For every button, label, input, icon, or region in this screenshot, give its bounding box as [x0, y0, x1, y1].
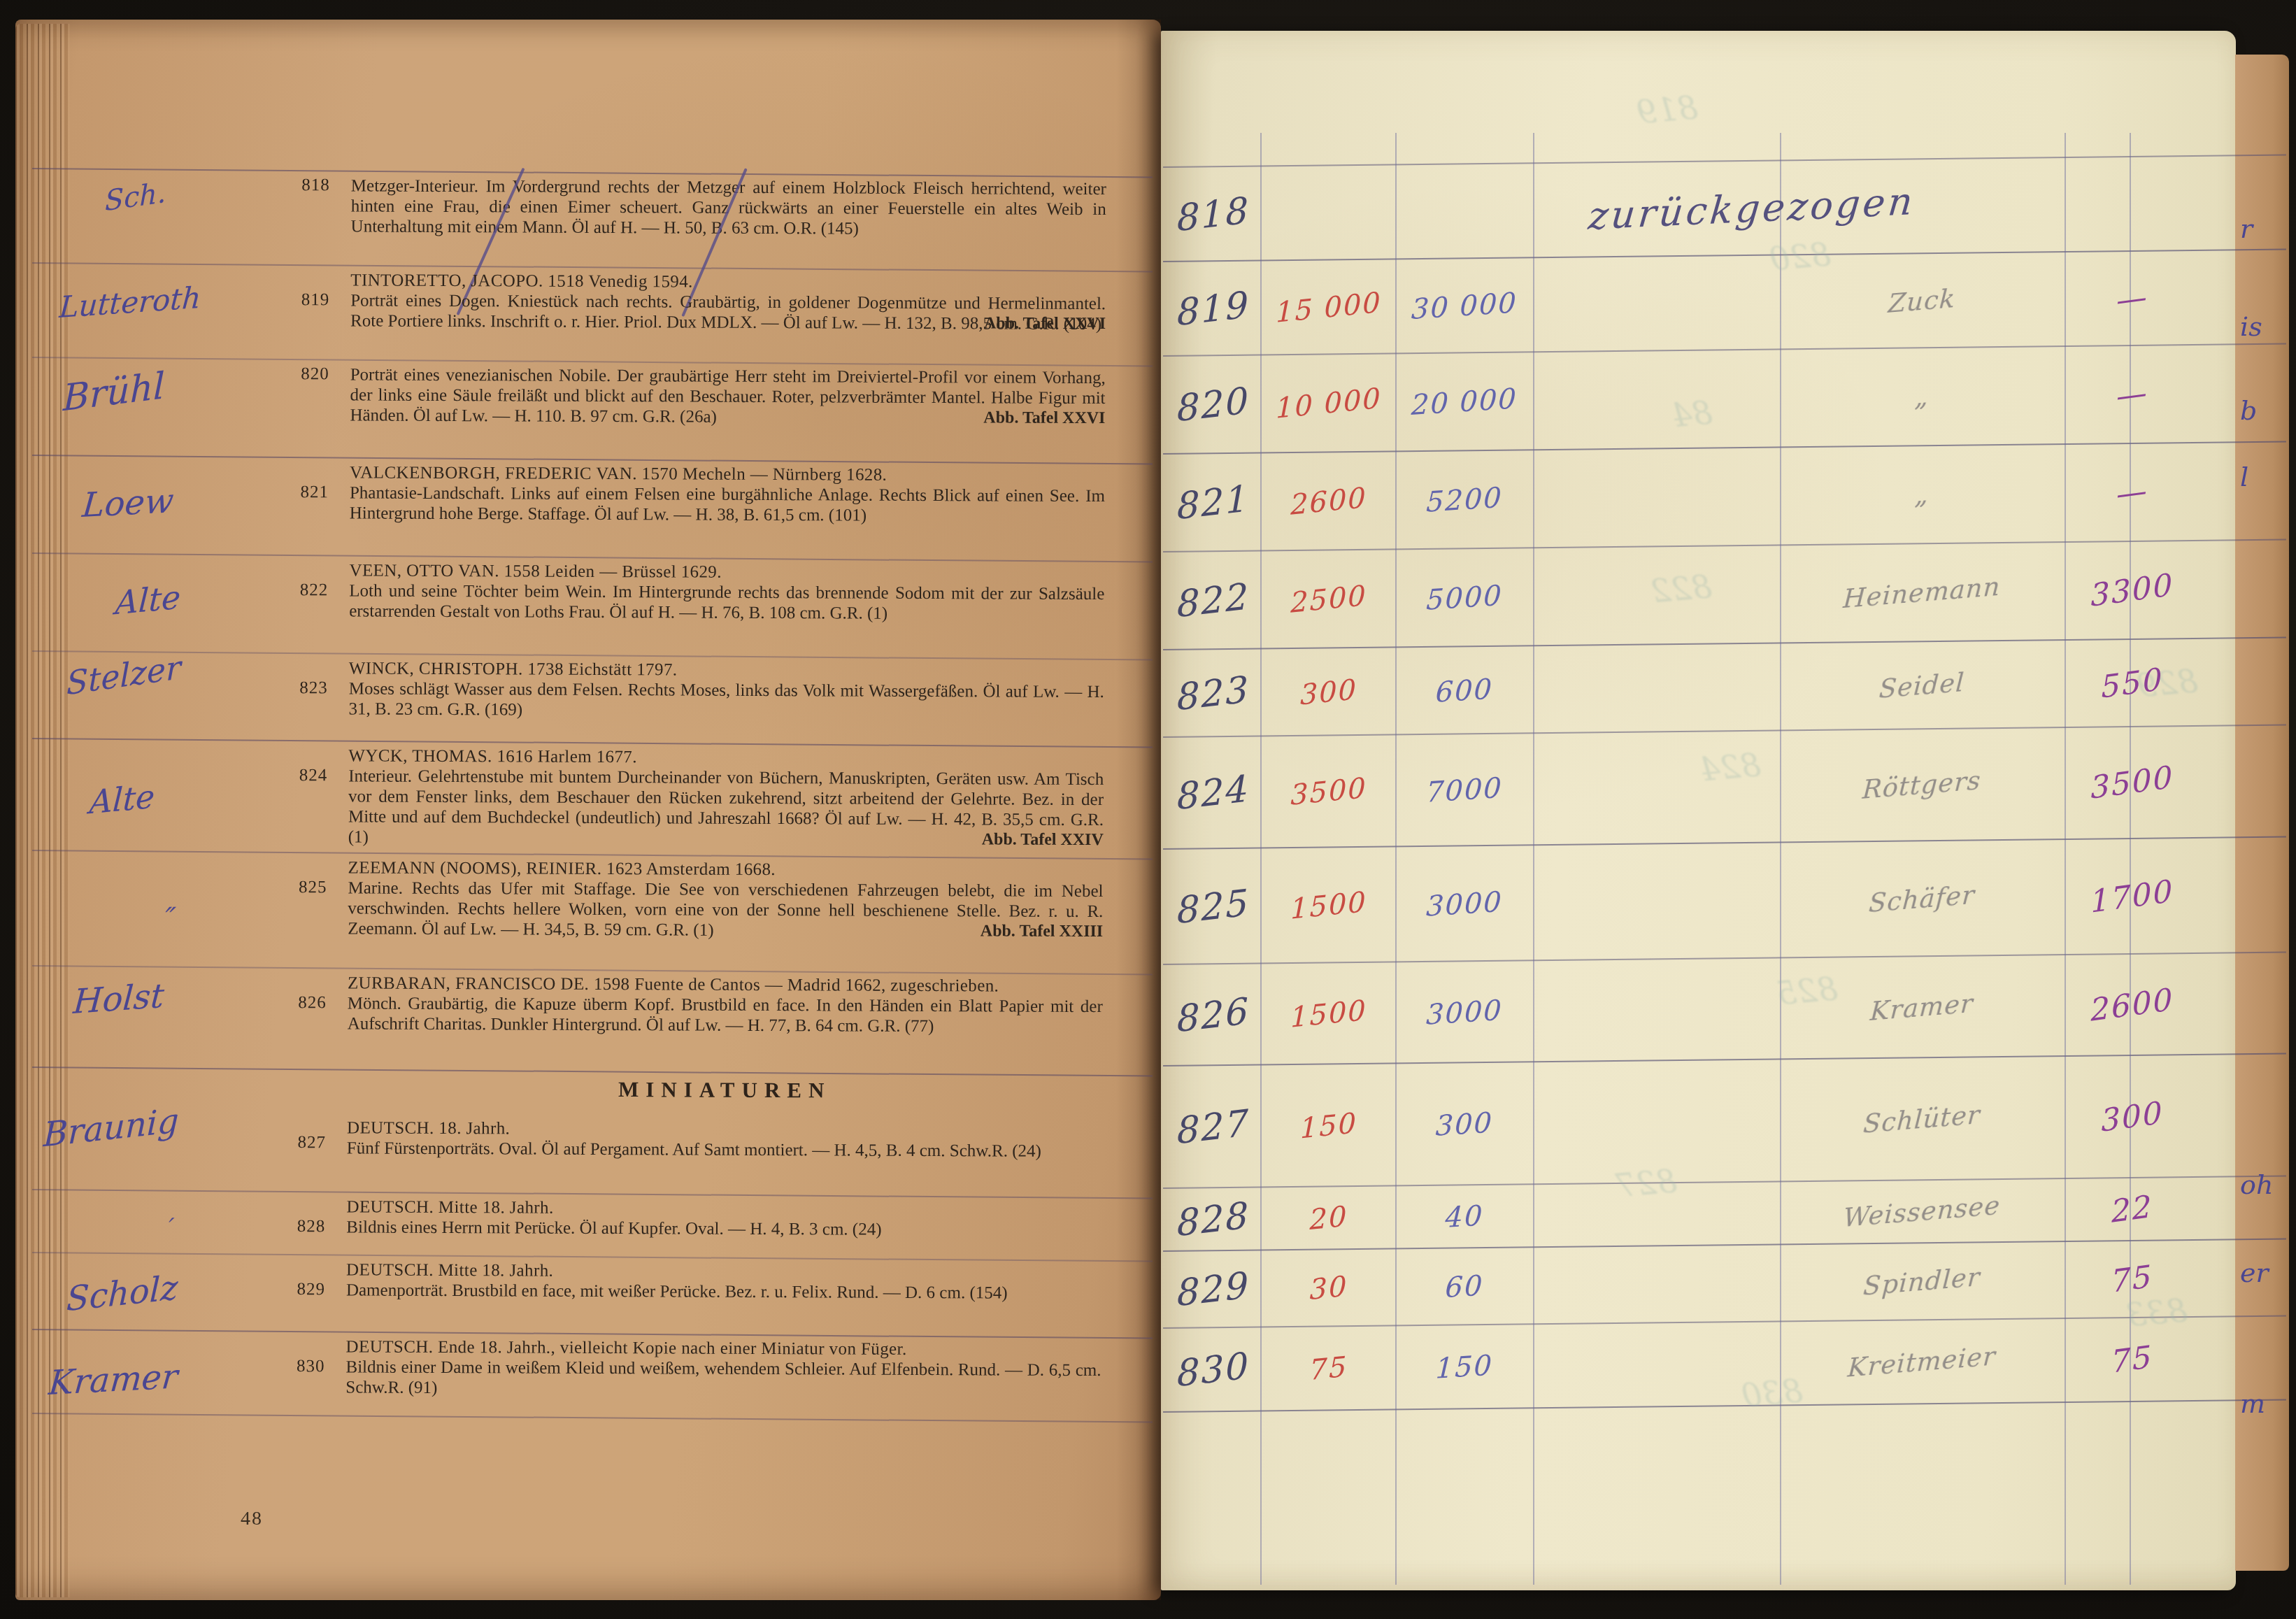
artist-header: VEEN, OTTO VAN. 1558 Leiden — Brüssel 16…	[349, 560, 1104, 584]
ledger-buyer-name: Heinemann	[1781, 566, 2062, 620]
lot-number-printed: 829	[247, 1280, 325, 1299]
ledger-lot-number: 819	[1171, 283, 1256, 334]
margin-annotation: Alte	[89, 778, 156, 822]
ledger-row: 830 75 150 Kreitmeier 75	[1160, 1317, 2236, 1413]
entry-text: ZURBARAN, FRANCISCO DE. 1598 Fuente de C…	[348, 973, 1103, 1037]
ledger-hammer-price: 22	[2067, 1183, 2197, 1236]
entry-description: Mönch. Graubärtig, die Kapuze überm Kopf…	[348, 993, 1103, 1037]
catalog-entry: 828 DEUTSCH. Mitte 18. Jahrh. Bildnis ei…	[247, 1197, 1121, 1241]
entry-description: Interieur. Gelehrtenstube mit buntem Dur…	[348, 766, 1104, 850]
catalog-entry: 824 WYCK, THOMAS. 1616 Harlem 1677. Inte…	[249, 746, 1124, 850]
entry-text: TINTORETTO, JACOPO. 1518 Venedig 1594. P…	[350, 270, 1106, 334]
entry-description: Fünf Fürstenporträts. Oval. Öl auf Perga…	[347, 1138, 1102, 1162]
bleed-through-mark: 819	[1635, 88, 1699, 131]
artist-header: ZEEMANN (NOOMS), REINIER. 1623 Amsterdam…	[348, 857, 1104, 881]
ledger-estimate-price: 7000	[1399, 770, 1530, 811]
artist-header: TINTORETTO, JACOPO. 1518 Venedig 1594.	[350, 270, 1106, 294]
ledger-estimate-price: 20 000	[1399, 382, 1530, 422]
lot-number-printed: 823	[250, 678, 328, 698]
ledger-hammer-price: 550	[2067, 657, 2197, 710]
artist-header: DEUTSCH. Mitte 18. Jahrh.	[346, 1197, 1101, 1220]
artist-header: DEUTSCH. 18. Jahrh.	[347, 1118, 1102, 1141]
ledger-withdrawn-note: zurückgezogen	[1491, 174, 2012, 243]
ledger-row: 822 2500 5000 Heinemann 3300	[1160, 541, 2236, 650]
lot-number-printed: 821	[250, 483, 329, 502]
ledger-lot-number: 823	[1171, 667, 1256, 719]
ledger-limit-price: 20	[1266, 1196, 1391, 1241]
next-page-edge-mark: m	[2240, 1388, 2265, 1419]
ledger-buyer-name: Kramer	[1781, 980, 2062, 1034]
ledger-row: 818 zurückgezogen	[1160, 156, 2236, 262]
next-page-edge-mark: b	[2240, 395, 2257, 426]
description-text: Mönch. Graubärtig, die Kapuze überm Kopf…	[348, 994, 1103, 1036]
entry-text: WINCK, CHRISTOPH. 1738 Eichstätt 1797. M…	[349, 658, 1104, 722]
ledger-buyer-name: Zuck	[1781, 274, 2062, 327]
lot-number-printed: 825	[248, 878, 327, 897]
entry-text: DEUTSCH. Mitte 18. Jahrh. Bildnis eines …	[346, 1197, 1101, 1241]
section-heading: MINIATUREN	[347, 1076, 1102, 1104]
ledger-lot-number: 826	[1171, 989, 1256, 1041]
next-page-edge-mark: oh	[2240, 1169, 2273, 1200]
ledger-buyer-name: „	[1781, 469, 2062, 522]
artist-header: DEUTSCH. Ende 18. Jahrh., vielleicht Kop…	[346, 1336, 1101, 1360]
entry-description: Loth und seine Töchter beim Wein. Im Hin…	[349, 580, 1104, 625]
ledger-limit-price: 75	[1266, 1346, 1391, 1391]
ledger-buyer-name: Weissensee	[1781, 1185, 2062, 1239]
margin-annotation: Alte	[115, 578, 182, 622]
plate-reference: Abb. Tafel XXVI	[984, 313, 1106, 334]
entry-description: Porträt eines Dogen. Kniestück nach rech…	[350, 290, 1106, 334]
ledger-lot-number: 822	[1171, 575, 1256, 627]
ledger-hammer-price: 2600	[2067, 978, 2197, 1032]
description-text: Loth und seine Töchter beim Wein. Im Hin…	[349, 581, 1104, 622]
artist-header: DEUTSCH. Mitte 18. Jahrh.	[346, 1260, 1101, 1283]
ledger-estimate-price: 600	[1399, 671, 1530, 711]
description-text: Damenporträt. Brustbild en face, mit wei…	[346, 1281, 1008, 1302]
catalog-entry: 830 DEUTSCH. Ende 18. Jahrh., vielleicht…	[246, 1336, 1120, 1401]
ledger-lot-number: 827	[1171, 1101, 1256, 1153]
entry-text: DEUTSCH. Ende 18. Jahrh., vielleicht Kop…	[345, 1336, 1101, 1401]
description-text: Fünf Fürstenporträts. Oval. Öl auf Perga…	[347, 1139, 1041, 1160]
ledger-hammer-price: —	[2067, 368, 2197, 421]
ledger-hammer-price: —	[2067, 272, 2197, 325]
ledger-hammer-price: 1700	[2067, 870, 2197, 923]
ledger-estimate-price: 3000	[1399, 884, 1530, 925]
ledger-limit-price: 3500	[1266, 769, 1391, 814]
lot-number-printed: 830	[246, 1357, 325, 1376]
next-page-edge-mark: er	[2240, 1257, 2269, 1288]
catalog-entry: 820 Porträt eines venezianischen Nobile.…	[250, 364, 1125, 429]
entry-text: ZEEMANN (NOOMS), REINIER. 1623 Amsterdam…	[348, 857, 1103, 942]
artist-header: WINCK, CHRISTOPH. 1738 Eichstätt 1797.	[349, 658, 1104, 682]
entry-description: Damenporträt. Brustbild en face, mit wei…	[346, 1280, 1101, 1304]
ledger-lot-number: 824	[1171, 767, 1256, 819]
ledger-estimate-price: 60	[1399, 1267, 1530, 1307]
entry-description: Bildnis einer Dame in weißem Kleid und w…	[345, 1357, 1101, 1401]
ledger-estimate-price: 5200	[1399, 480, 1530, 520]
entry-description: Moses schlägt Wasser aus dem Felsen. Rec…	[349, 678, 1104, 722]
catalog-entry: MINIATUREN 827 DEUTSCH. 18. Jahrh. Fünf …	[248, 1074, 1122, 1162]
entry-description: Porträt eines venezianischen Nobile. Der…	[350, 364, 1105, 429]
entry-text: DEUTSCH. 18. Jahrh. Fünf Fürstenporträts…	[347, 1118, 1102, 1162]
ledger-lot-number: 828	[1171, 1194, 1256, 1246]
lot-number-printed: 818	[252, 176, 330, 195]
entry-text: Porträt eines venezianischen Nobile. Der…	[350, 364, 1105, 429]
artist-header: WYCK, THOMAS. 1616 Harlem 1677.	[348, 746, 1104, 769]
margin-annotation: Kramer	[48, 1357, 180, 1403]
plate-reference: Abb. Tafel XXVI	[983, 408, 1105, 429]
lot-number-printed: 822	[250, 580, 328, 600]
lot-number-printed: 828	[247, 1217, 325, 1236]
ledger-row: 829 30 60 Spindler 75	[1160, 1240, 2236, 1329]
ledger-lot-number: 821	[1171, 477, 1256, 529]
ledger-limit-price: 1500	[1266, 992, 1391, 1036]
ledger-buyer-name: Röttgers	[1781, 759, 2062, 812]
ledger-limit-price: 10 000	[1266, 381, 1391, 426]
ledger-limit-price: 2600	[1266, 479, 1391, 524]
ledger-row: 821 2600 5200 „ —	[1160, 443, 2236, 552]
ledger-estimate-price: 300	[1399, 1104, 1530, 1145]
entry-description: Phantasie-Landschaft. Links auf einem Fe…	[350, 483, 1105, 527]
ledger-limit-price: 15 000	[1266, 285, 1391, 330]
lot-number-printed: 824	[249, 766, 327, 785]
description-text: Bildnis eines Herrn mit Perücke. Öl auf …	[346, 1218, 881, 1239]
ledger-hammer-price: —	[2067, 466, 2197, 519]
lot-number-printed: 820	[251, 364, 329, 384]
catalog-entry: 818 Metzger-Interieur. Im Vordergrund re…	[252, 176, 1126, 240]
ledger-row: 824 3500 7000 Röttgers 3500	[1160, 726, 2237, 850]
lot-number-printed: 827	[248, 1133, 326, 1153]
entry-text: VEEN, OTTO VAN. 1558 Leiden — Brüssel 16…	[349, 560, 1104, 625]
next-page-edge	[2235, 55, 2289, 1571]
ledger-limit-price: 300	[1266, 670, 1391, 715]
artist-header: ZURBARAN, FRANCISCO DE. 1598 Fuente de C…	[348, 973, 1103, 997]
scanned-book-spread: 81982084822829824825827833830 818 Metzge…	[0, 0, 2296, 1619]
next-page-edge-mark: l	[2240, 462, 2248, 492]
description-text: Moses schlägt Wasser aus dem Felsen. Rec…	[349, 679, 1104, 719]
entry-description: Marine. Rechts das Ufer mit Staffage. Di…	[348, 878, 1103, 942]
ledger-lot-number: 830	[1171, 1344, 1256, 1396]
ledger-buyer-name: Schlüter	[1781, 1092, 2062, 1146]
ledger-estimate-price: 5000	[1399, 578, 1530, 618]
next-page-edge-mark: r	[2240, 213, 2253, 244]
artist-header: VALCKENBORGH, FREDERIC VAN. 1570 Mecheln…	[350, 462, 1105, 486]
ledger-row: 820 10 000 20 000 „ —	[1160, 345, 2236, 455]
catalog-entry: 829 DEUTSCH. Mitte 18. Jahrh. Damenportr…	[247, 1260, 1121, 1304]
ledger-hammer-price: 75	[2067, 1333, 2197, 1386]
ledger-hammer-price: 75	[2067, 1253, 2197, 1306]
catalog-entry: 819 TINTORETTO, JACOPO. 1518 Venedig 159…	[251, 270, 1125, 334]
ledger-estimate-price: 3000	[1399, 992, 1530, 1033]
ledger-hammer-price: 3300	[2067, 564, 2197, 617]
entry-text: VALCKENBORGH, FREDERIC VAN. 1570 Mecheln…	[350, 462, 1105, 527]
ledger-row: 826 1500 3000 Kramer 2600	[1160, 953, 2237, 1067]
entry-text: WYCK, THOMAS. 1616 Harlem 1677. Interieu…	[348, 746, 1104, 850]
ledger-lot-number: 818	[1171, 188, 1256, 240]
entry-text: DEUTSCH. Mitte 18. Jahrh. Damenporträt. …	[346, 1260, 1101, 1304]
catalog-entry: 826 ZURBARAN, FRANCISCO DE. 1598 Fuente …	[248, 973, 1122, 1037]
ledger-buyer-name: Kreitmeier	[1781, 1336, 2062, 1389]
catalog-entry: 822 VEEN, OTTO VAN. 1558 Leiden — Brüsse…	[250, 560, 1124, 625]
ledger-estimate-price: 150	[1399, 1347, 1530, 1388]
ledger-limit-price: 2500	[1266, 577, 1391, 622]
ledger-hammer-price: 300	[2067, 1090, 2197, 1143]
margin-annotation: Holst	[72, 976, 166, 1022]
next-page-edge-mark: is	[2240, 311, 2262, 342]
page-number: 48	[241, 1508, 263, 1530]
ledger-row: 827 150 300 Schlüter 300	[1160, 1055, 2237, 1189]
ledger-row: 819 15 000 30 000 Zuck —	[1160, 250, 2236, 357]
description-text: Bildnis einer Dame in weißem Kleid und w…	[345, 1357, 1101, 1397]
ledger-buyer-name: Seidel	[1781, 659, 2062, 712]
lot-number-printed: 826	[248, 993, 327, 1013]
catalog-entry: 823 WINCK, CHRISTOPH. 1738 Eichstätt 179…	[250, 658, 1124, 722]
ledger-lot-number: 825	[1171, 880, 1256, 932]
ledger-estimate-price: 40	[1399, 1197, 1530, 1237]
catalog-entry: 825 ZEEMANN (NOOMS), REINIER. 1623 Amste…	[248, 857, 1122, 942]
ledger-buyer-name: Schäfer	[1781, 872, 2062, 925]
ledger-lot-number: 820	[1171, 379, 1256, 431]
catalog-entry: 821 VALCKENBORGH, FREDERIC VAN. 1570 Mec…	[250, 462, 1125, 527]
entry-description: Bildnis eines Herrn mit Perücke. Öl auf …	[346, 1217, 1101, 1241]
ledger-limit-price: 1500	[1266, 883, 1391, 928]
lot-number-printed: 819	[251, 290, 329, 310]
ledger-lot-number: 829	[1171, 1264, 1256, 1315]
ledger-row: 828 20 40 Weissensee 22	[1160, 1177, 2236, 1252]
margin-annotation: Loew	[81, 481, 176, 525]
ledger-row: 825 1500 3000 Schäfer 1700	[1160, 838, 2237, 965]
ledger-limit-price: 150	[1266, 1104, 1391, 1148]
ledger-buyer-name: „	[1781, 371, 2062, 424]
description-text: Phantasie-Landschaft. Links auf einem Fe…	[350, 483, 1105, 525]
plate-reference: Abb. Tafel XXIII	[981, 921, 1104, 942]
ledger-limit-price: 30	[1266, 1266, 1391, 1311]
ledger-buyer-name: Spindler	[1781, 1255, 2062, 1308]
plate-reference: Abb. Tafel XXIV	[982, 829, 1104, 850]
ledger-hammer-price: 3500	[2067, 756, 2197, 809]
ledger-row: 823 300 600 Seidel 550	[1160, 639, 2236, 738]
ledger-estimate-price: 30 000	[1399, 286, 1530, 327]
